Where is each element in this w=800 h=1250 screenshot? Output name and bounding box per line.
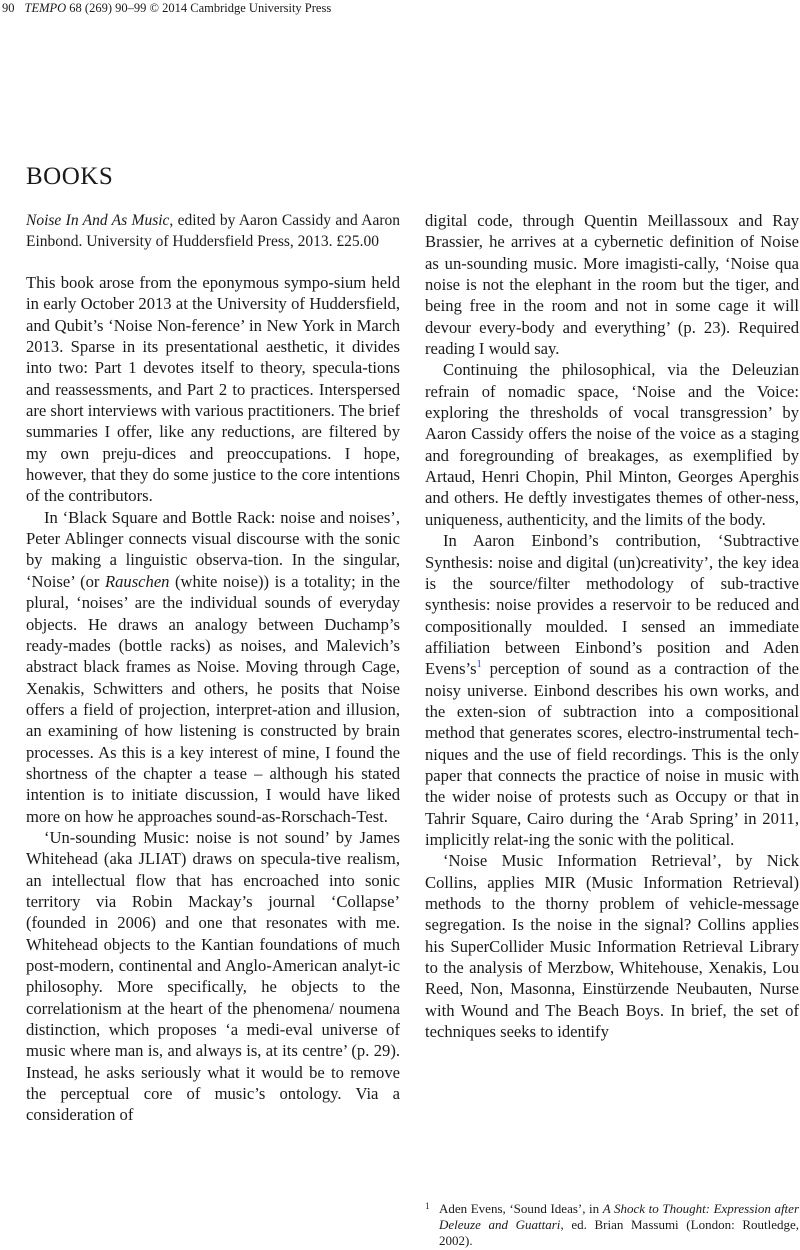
footnote-text: Aden Evens, ‘Sound Ideas’, in	[439, 1201, 603, 1216]
footnote: 1 Aden Evens, ‘Sound Ideas’, in A Shock …	[425, 1201, 799, 1249]
paragraph: In ‘Black Square and Bottle Rack: noise …	[26, 507, 400, 827]
book-reference: Noise In And As Music, edited by Aaron C…	[26, 210, 400, 252]
journal-name: TEMPO	[25, 1, 67, 15]
right-column: digital code, through Quentin Meillassou…	[425, 210, 799, 1042]
paragraph: In Aaron Einbond’s contribution, ‘Subtra…	[425, 530, 799, 850]
section-title: BOOKS	[26, 163, 113, 191]
paragraph: digital code, through Quentin Meillassou…	[425, 210, 799, 359]
paragraph: Continuing the philosophical, via the De…	[425, 359, 799, 530]
paragraph: This book arose from the eponymous sympo…	[26, 272, 400, 507]
footnote-mark: 1	[425, 1198, 430, 1214]
paragraph-text: perception of sound as a contraction of …	[425, 659, 799, 849]
paragraph-text: In Aaron Einbond’s contribution, ‘Subtra…	[425, 531, 799, 678]
running-head: 90TEMPO 68 (269) 90–99 © 2014 Cambridge …	[2, 0, 331, 16]
italic-term: Rauschen	[105, 572, 170, 591]
paragraph: ‘Un-sounding Music: noise is not sound’ …	[26, 827, 400, 1126]
paragraph-text: (white noise)) is a totality; in the plu…	[26, 572, 400, 826]
left-column: Noise In And As Music, edited by Aaron C…	[26, 210, 400, 1126]
journal-citation: 68 (269) 90–99 © 2014 Cambridge Universi…	[69, 1, 331, 15]
paragraph: ‘Noise Music Information Retrieval’, by …	[425, 850, 799, 1042]
page-number: 90	[2, 1, 15, 15]
book-title: Noise In And As Music	[26, 212, 169, 229]
